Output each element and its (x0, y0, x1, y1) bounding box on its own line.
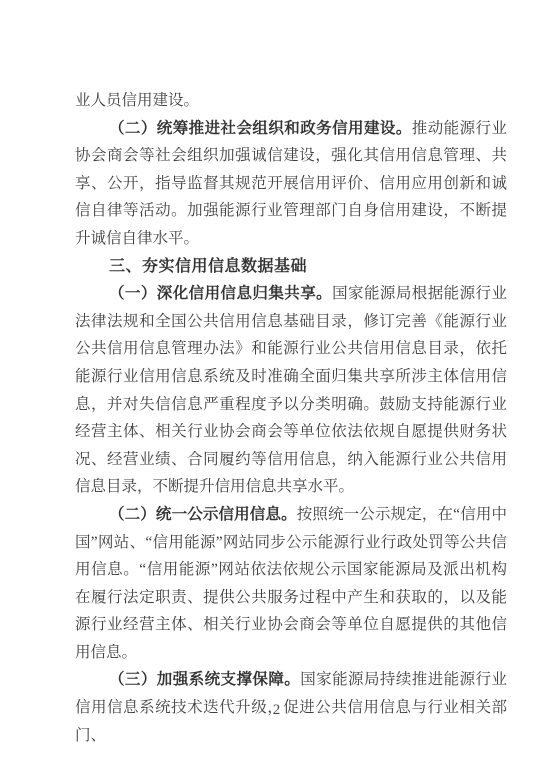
document-page: 业人员信用建设。 （二）统筹推进社会组织和政务信用建设。推动能源行业协会商会等社… (0, 0, 553, 782)
page-number: 2 (273, 702, 281, 718)
paragraph-item-1-credit-info-sharing: （一）深化信用信息归集共享。国家能源局根据能源行业法律法规和全国公共信用信息基础… (75, 280, 507, 501)
paragraph-text: 国家能源局根据能源行业法律法规和全国公共信用信息基础目录，修订完善《能源行业公共… (75, 285, 507, 495)
paragraph-item-2-social-government-credit: （二）统筹推进社会组织和政务信用建设。推动能源行业协会商会等社会组织加强诚信建设… (75, 115, 507, 253)
paragraph-text: 推动能源行业协会商会等社会组织加强诚信建设，强化其信用信息管理、共享、公开，指导… (75, 120, 507, 247)
section-heading-3-credit-data-foundation: 三、夯实信用信息数据基础 (75, 253, 507, 281)
paragraph-item-2-unified-credit-disclosure: （二）统一公示信用信息。按照统一公示规定，在“信用中国”网站、“信用能源”网站同… (75, 501, 507, 667)
paragraph-text: 业人员信用建设。 (75, 92, 199, 109)
paragraph-lead: （二）统一公示信用信息。 (109, 506, 297, 523)
document-body: 业人员信用建设。 （二）统筹推进社会组织和政务信用建设。推动能源行业协会商会等社… (75, 87, 507, 749)
page-footer: 2 (0, 702, 553, 719)
paragraph-lead: （一）深化信用信息归集共享。 (109, 285, 332, 302)
paragraph-lead: （三）加强系统支撑保障。 (109, 671, 300, 688)
paragraph-text: 按照统一公示规定，在“信用中国”网站、“信用能源”网站同步公示能源行业行政处罚等… (75, 506, 507, 661)
paragraph-continued-from-previous-page: 业人员信用建设。 (75, 87, 507, 115)
paragraph-lead: （二）统筹推进社会组织和政务信用建设。 (109, 120, 412, 137)
